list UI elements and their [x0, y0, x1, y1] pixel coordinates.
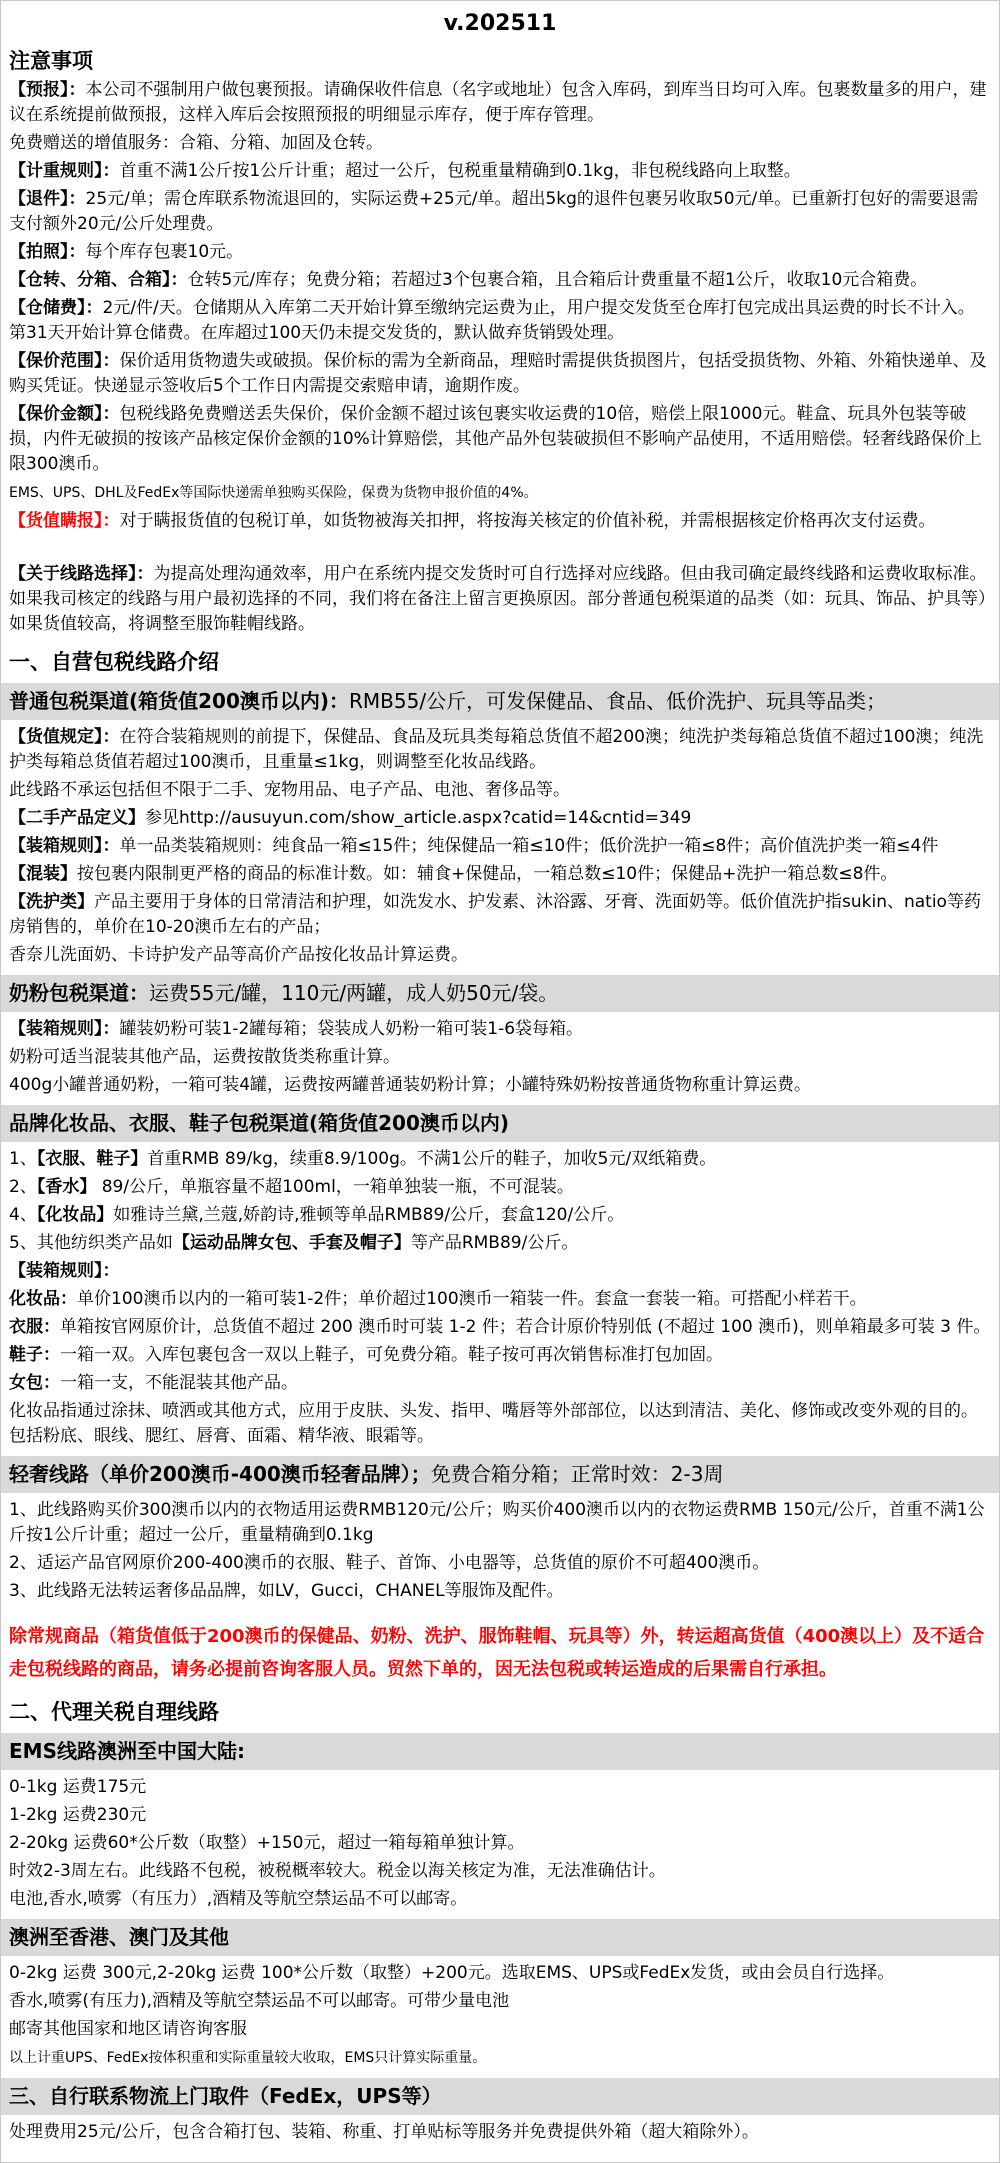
para-highvalue-care: 香奈儿洗面奶、卡诗护发产品等高价产品按化妆品计算运费。	[9, 943, 991, 968]
para-cosmetics: 4、【化妆品】如雅诗兰黛,兰蔻,娇韵诗,雅顿等单品RMB89/公斤，套盒120/…	[9, 1203, 991, 1228]
highlight-ems-china: EMS线路澳洲至中国大陆:	[1, 1733, 999, 1770]
text-segment: 【香水】	[37, 1177, 97, 1197]
text-segment: 【运动品牌女包、手套及帽子】	[173, 1233, 411, 1253]
text-segment: 【货值规定】：	[9, 727, 120, 747]
para-clothes-shoes: 1、【衣服、鞋子】首重RMB 89/kg，续重8.9/100g。不满1公斤的鞋子…	[9, 1147, 991, 1172]
para-return: 【退件】：25元/单；需仓库联系物流退回的，实际运费+25元/单。超出5kg的退…	[9, 187, 991, 237]
text-segment: 每个库存包裹10元。	[86, 242, 244, 262]
para-rule-shoes: 鞋子：一箱一双。入库包裹包含一双以上鞋子，可免费分箱。鞋子按可再次销售标准打包加…	[9, 1343, 991, 1368]
text-segment: 【装箱规则】：	[9, 1261, 120, 1281]
highlight-milkpowder-channel: 奶粉包税渠道：运费55元/罐，110元/两罐，成人奶50元/袋。	[1, 975, 999, 1012]
para-textile-other: 5、其他纺织类产品如【运动品牌女包、手套及帽子】等产品RMB89/公斤。	[9, 1231, 991, 1256]
para-mixed-packing: 【混装】按包裹内限制更严格的商品的标准计数。如：辅食+保健品，一箱总数≤10件；…	[9, 862, 991, 887]
text-segment: 女包：	[9, 1373, 60, 1393]
text-segment: 二、代理关税自理线路	[9, 1700, 219, 1724]
text-segment: 单一品类装箱规则：纯食品一箱≤15件；纯保健品一箱≤10件；低价洗护一箱≤8件；…	[120, 836, 939, 856]
para-transfer-split-merge: 【仓转、分箱、合箱】：仓转5元/库存；免费分箱；若超过3个包裹合箱，且合箱后计费…	[9, 268, 991, 293]
para-other-countries: 邮寄其他国家和地区请咨询客服	[9, 2017, 991, 2042]
text-segment: 免费合箱分箱；正常时效：2-3周	[431, 1462, 724, 1486]
text-segment: 【关于线路选择】：	[9, 564, 154, 584]
text-segment: 【预报】：	[9, 80, 86, 100]
para-milk-400g: 400g小罐普通奶粉，一箱可装4罐，运费按两罐普通装奶粉计算；小罐特殊奶粉按普通…	[9, 1073, 991, 1098]
highlight-self-pickup: 三、自行联系物流上门取件（FedEx，UPS等）	[1, 2078, 999, 2115]
para-handling-fee: 处理费用25元/公斤，包含合箱打包、装箱、称重、打单贴标等服务并免费提供外箱（超…	[9, 2120, 991, 2145]
text-segment: 【洗护类】	[9, 892, 94, 912]
para-free-services: 免费赠送的增值服务：合箱、分箱、加固及仓转。	[9, 131, 991, 156]
document-page: v.202511 注意事项【预报】：本公司不强制用户做包裹预报。请确保收件信息（…	[0, 0, 1000, 2163]
para-ems-forbidden: 电池,香水,喷雾（有压力）,酒精及等航空禁运品不可以邮寄。	[9, 1887, 991, 1912]
text-segment: 奶粉包税渠道：	[9, 981, 149, 1005]
para-storage-fee: 【仓储费】：2元/件/天。仓储期从入库第二天开始计算至缴纳完运费为止，用户提交发…	[9, 296, 991, 346]
text-segment: 单箱按官网原价计，总货值不超过 200 澳币时可装 1-2 件；若合计原价特别低…	[60, 1317, 990, 1337]
highlight-hk-macau: 澳洲至香港、澳门及其他	[1, 1919, 999, 1956]
text-segment: 2、	[9, 1177, 37, 1197]
text-segment: 【仓转、分箱、合箱】：	[9, 270, 188, 290]
text-segment: 【退件】：	[9, 189, 86, 209]
warning-high-value: 除常规商品（箱货值低于200澳币的保健品、奶粉、洗护、服饰鞋帽、玩具等）外，转运…	[9, 1620, 991, 1686]
text-segment: 仓转5元/库存；免费分箱；若超过3个包裹合箱，且合箱后计费重量不超1公斤，收取1…	[188, 270, 928, 290]
text-segment: 化妆品：	[9, 1289, 77, 1309]
text-segment: 单价100澳币以内的一箱可装1-2件；单价超过100澳币一箱装一件。套盒一套装一…	[77, 1289, 867, 1309]
text-segment: 衣服：	[9, 1317, 60, 1337]
text-segment: 89/公斤，单瓶容量不超100ml，一箱单独装一瓶，不可混装。	[96, 1177, 574, 1197]
para-milk-mix: 奶粉可适当混装其他产品，运费按散货类称重计算。	[9, 1045, 991, 1070]
text-segment: 品牌化妆品、衣服、鞋子包税渠道(箱货值200澳币以内)	[9, 1111, 509, 1135]
para-luxury-3: 3、此线路无法转运奢侈品品牌，如LV，Gucci，CHANEL等服饰及配件。	[9, 1579, 991, 1604]
text-segment: 运费55元/罐，110元/两罐，成人奶50元/袋。	[149, 981, 558, 1005]
text-segment: 首重不满1公斤按1公斤计重；超过一公斤，包税重量精确到0.1kg，非包税线路向上…	[120, 161, 801, 181]
text-segment: 香水,喷雾(有压力),酒精及等航空禁运品不可以邮寄。可带少量电池	[9, 1991, 509, 2011]
text-segment: 【化妆品】	[37, 1205, 114, 1225]
section-heading-2: 二、代理关税自理线路	[9, 1698, 991, 1726]
para-value-misreport: 【货值瞒报】：对于瞒报货值的包税订单，如货物被海关扣押，将按海关核定的价值补税，…	[9, 509, 991, 534]
para-packing-rule-normal: 【装箱规则】：单一品类装箱规则：纯食品一箱≤15件；纯保健品一箱≤10件；低价洗…	[9, 834, 991, 859]
para-hk-forbidden: 香水,喷雾(有压力),酒精及等航空禁运品不可以邮寄。可带少量电池	[9, 1989, 991, 2014]
text-segment: 保价适用货物遗失或破损。保价标的需为全新商品，理赔时需提供货损图片，包括受损货物…	[9, 351, 987, 396]
para-ems-time: 时效2-3周左右。此线路不包税，被税概率较大。税金以海关核定为准，无法准确估计。	[9, 1859, 991, 1884]
para-rule-cosmetics: 化妆品：单价100澳币以内的一箱可装1-2件；单价超过100澳币一箱装一件。套盒…	[9, 1287, 991, 1312]
para-insurance-scope: 【保价范围】：保价适用货物遗失或破损。保价标的需为全新商品，理赔时需提供货损图片…	[9, 349, 991, 399]
text-segment: 2、适运产品官网原价200-400澳币的衣服、鞋子、首饰、小电器等，总货值的原价…	[9, 1553, 769, 1573]
text-segment: 【装箱规则】：	[9, 1019, 120, 1039]
para-photo: 【拍照】：每个库存包裹10元。	[9, 240, 991, 265]
text-segment: 奶粉可适当混装其他产品，运费按散货类称重计算。	[9, 1047, 400, 1067]
text-segment: 此线路不承运包括但不限于二手、宠物用品、电子产品、电池、奢侈品等。	[9, 780, 570, 800]
spacer	[9, 537, 991, 559]
text-segment: 2-20kg 运费60*公斤数（取整）+150元，超过一箱每箱单独计算。	[9, 1833, 524, 1853]
text-segment: 在符合装箱规则的前提下，保健品、食品及玩具类每箱总货值不超200澳；纯洗护类每箱…	[9, 727, 983, 772]
text-segment: 如雅诗兰黛,兰蔻,娇韵诗,雅顿等单品RMB89/公斤，套盒120/公斤。	[113, 1205, 624, 1225]
para-value-rule: 【货值规定】：在符合装箱规则的前提下，保健品、食品及玩具类每箱总货值不超200澳…	[9, 725, 991, 775]
text-segment: 对于瞒报货值的包税订单，如货物被海关扣押，将按海关核定的价值补税，并需根据核定价…	[120, 511, 936, 531]
text-segment: 1、	[9, 1149, 37, 1169]
text-segment: 400g小罐普通奶粉，一箱可装4罐，运费按两罐普通装奶粉计算；小罐特殊奶粉按普通…	[9, 1075, 811, 1095]
para-luxury-2: 2、适运产品官网原价200-400澳币的衣服、鞋子、首饰、小电器等，总货值的原价…	[9, 1551, 991, 1576]
section-heading-1: 一、自营包税线路介绍	[9, 648, 991, 676]
para-forecast: 【预报】：本公司不强制用户做包裹预报。请确保收件信息（名字或地址）包含入库码，到…	[9, 78, 991, 128]
para-secondhand-definition: 【二手产品定义】参见http://ausuyun.com/show_articl…	[9, 806, 991, 831]
text-segment: 澳洲至香港、澳门及其他	[9, 1925, 229, 1949]
text-segment: 为提高处理沟通效率，用户在系统内提交发货时可自行选择对应线路。但由我司确定最终线…	[9, 564, 987, 634]
text-segment: 【二手产品定义】	[9, 808, 145, 828]
text-segment: 一箱一双。入库包裹包含一双以上鞋子，可免费分箱。鞋子按可再次销售标准打包加固。	[60, 1345, 723, 1365]
text-segment: 以上计重UPS、FedEx按体积重和实际重量较大收取，EMS只计算实际重量。	[9, 2050, 486, 2066]
text-segment: 免费赠送的增值服务：合箱、分箱、加固及仓转。	[9, 133, 383, 153]
text-segment: 【保价范围】：	[9, 351, 120, 371]
text-segment: 2元/件/天。仓储期从入库第二天开始计算至缴纳完运费为止，用户提交发货至仓库打包…	[9, 298, 975, 343]
text-segment: 一、自营包税线路介绍	[9, 650, 219, 674]
highlight-light-luxury: 轻奢线路（单价200澳币-400澳币轻奢品牌）；免费合箱分箱；正常时效：2-3周	[1, 1456, 999, 1493]
para-weighing-rule: 【计重规则】：首重不满1公斤按1公斤计重；超过一公斤，包税重量精确到0.1kg，…	[9, 159, 991, 184]
para-perfume: 2、【香水】 89/公斤，单瓶容量不超100ml，一箱单独装一瓶，不可混装。	[9, 1175, 991, 1200]
para-rule-bag: 女包：一箱一支，不能混装其他产品。	[9, 1371, 991, 1396]
text-segment: 轻奢线路（单价200澳币-400澳币轻奢品牌）；	[9, 1462, 431, 1486]
text-segment: 【保价金额】：	[9, 404, 120, 424]
text-segment: 5、其他纺织类产品如	[9, 1233, 173, 1253]
text-segment: 时效2-3周左右。此线路不包税，被税概率较大。税金以海关核定为准，无法准确估计。	[9, 1861, 666, 1881]
text-segment: 等产品RMB89/公斤。	[411, 1233, 579, 1253]
text-segment: 一箱一支，不能混装其他产品。	[60, 1373, 298, 1393]
text-segment: 产品主要用于身体的日常清洁和护理，如洗发水、护发素、沐浴露、牙膏、洗面奶等。低价…	[9, 892, 981, 937]
text-segment: 首重RMB 89/kg，续重8.9/100g。不满1公斤的鞋子，加收5元/双纸箱…	[147, 1149, 716, 1169]
text-segment: 1、此线路购买价300澳币以内的衣物适用运费RMB120元/公斤；购买价400澳…	[9, 1500, 985, 1545]
para-route-selection: 【关于线路选择】：为提高处理沟通效率，用户在系统内提交发货时可自行选择对应线路。…	[9, 562, 991, 637]
text-segment: 4、	[9, 1205, 37, 1225]
document-body: 注意事项【预报】：本公司不强制用户做包裹预报。请确保收件信息（名字或地址）包含入…	[9, 47, 991, 2145]
text-segment: 参见http://ausuyun.com/show_article.aspx?c…	[145, 808, 691, 828]
para-weight-note: 以上计重UPS、FedEx按体积重和实际重量较大收取，EMS只计算实际重量。	[9, 2045, 991, 2071]
para-luxury-1: 1、此线路购买价300澳币以内的衣物适用运费RMB120元/公斤；购买价400澳…	[9, 1498, 991, 1548]
section-heading-notes: 注意事项	[9, 47, 991, 75]
text-segment: 邮寄其他国家和地区请咨询客服	[9, 2019, 247, 2039]
text-segment: 0-1kg 运费175元	[9, 1777, 146, 1797]
text-segment: 普通包税渠道(箱货值200澳币以内)：	[9, 689, 349, 713]
text-segment: 【货值瞒报】：	[9, 511, 120, 531]
text-segment: 【混装】	[9, 864, 77, 884]
text-segment: 电池,香水,喷雾（有压力）,酒精及等航空禁运品不可以邮寄。	[9, 1889, 467, 1909]
para-intl-express-insurance: EMS、UPS、DHL及FedEx等国际快递需单独购买保险，保费为货物申报价值的…	[9, 480, 991, 506]
para-ems-2-20kg: 2-20kg 运费60*公斤数（取整）+150元，超过一箱每箱单独计算。	[9, 1831, 991, 1856]
text-segment: 【衣服、鞋子】	[37, 1149, 148, 1169]
para-hk-price: 0-2kg 运费 300元,2-20kg 运费 100*公斤数（取整）+200元…	[9, 1961, 991, 1986]
para-insurance-amount: 【保价金额】：包税线路免费赠送丢失保价，保价金额不超过该包裹实收运费的10倍，赔…	[9, 402, 991, 477]
para-ems-1-2kg: 1-2kg 运费230元	[9, 1803, 991, 1828]
text-segment: EMS线路澳洲至中国大陆:	[9, 1739, 245, 1763]
para-rule-clothes: 衣服：单箱按官网原价计，总货值不超过 200 澳币时可装 1-2 件；若合计原价…	[9, 1315, 991, 1340]
text-segment: 化妆品指通过涂抹、喷洒或其他方式，应用于皮肤、头发、指甲、嘴唇等外部部位，以达到…	[9, 1401, 978, 1446]
text-segment: EMS、UPS、DHL及FedEx等国际快递需单独购买保险，保费为货物申报价值的…	[9, 485, 538, 501]
para-cosmetics-definition: 化妆品指通过涂抹、喷洒或其他方式，应用于皮肤、头发、指甲、嘴唇等外部部位，以达到…	[9, 1399, 991, 1449]
text-segment: 注意事项	[9, 49, 93, 73]
text-segment: 【装箱规则】：	[9, 836, 120, 856]
text-segment: 除常规商品（箱货值低于200澳币的保健品、奶粉、洗护、服饰鞋帽、玩具等）外，转运…	[9, 1626, 984, 1680]
text-segment: 1-2kg 运费230元	[9, 1805, 146, 1825]
text-segment: 25元/单；需仓库联系物流退回的，实际运费+25元/单。超出5kg的退件包裹另收…	[9, 189, 978, 234]
text-segment: 3、此线路无法转运奢侈品品牌，如LV，Gucci，CHANEL等服饰及配件。	[9, 1581, 564, 1601]
text-segment: 罐装奶粉可装1-2罐每箱；袋装成人奶粉一箱可装1-6袋每箱。	[120, 1019, 584, 1039]
text-segment: 处理费用25元/公斤，包含合箱打包、装箱、称重、打单贴标等服务并免费提供外箱（超…	[9, 2122, 759, 2142]
para-personal-care: 【洗护类】产品主要用于身体的日常清洁和护理，如洗发水、护发素、沐浴露、牙膏、洗面…	[9, 890, 991, 940]
text-segment: 香奈儿洗面奶、卡诗护发产品等高价产品按化妆品计算运费。	[9, 945, 468, 965]
text-segment: 三、自行联系物流上门取件（FedEx，UPS等）	[9, 2084, 442, 2108]
para-packing-rule-brand: 【装箱规则】：	[9, 1259, 991, 1284]
para-packing-rule-milk: 【装箱规则】：罐装奶粉可装1-2罐每箱；袋装成人奶粉一箱可装1-6袋每箱。	[9, 1017, 991, 1042]
text-segment: 【仓储费】：	[9, 298, 103, 318]
highlight-normal-channel: 普通包税渠道(箱货值200澳币以内)：RMB55/公斤，可发保健品、食品、低价洗…	[1, 683, 999, 720]
text-segment: 【拍照】：	[9, 242, 86, 262]
para-ems-0-1kg: 0-1kg 运费175元	[9, 1775, 991, 1800]
text-segment: 按包裹内限制更严格的商品的标准计数。如：辅食+保健品，一箱总数≤10件；保健品+…	[77, 864, 897, 884]
text-segment: 【计重规则】：	[9, 161, 120, 181]
version-title: v.202511	[9, 11, 991, 36]
highlight-brand-channel: 品牌化妆品、衣服、鞋子包税渠道(箱货值200澳币以内)	[1, 1105, 999, 1142]
text-segment: 包税线路免费赠送丢失保价，保价金额不超过该包裹实收运费的10倍，赔偿上限1000…	[9, 404, 982, 474]
text-segment: 0-2kg 运费 300元,2-20kg 运费 100*公斤数（取整）+200元…	[9, 1963, 894, 1983]
text-segment: 本公司不强制用户做包裹预报。请确保收件信息（名字或地址）包含入库码，到库当日均可…	[9, 80, 987, 125]
text-segment: RMB55/公斤，可发保健品、食品、低价洗护、玩具等品类；	[349, 689, 886, 713]
text-segment: 鞋子：	[9, 1345, 60, 1365]
para-not-carried: 此线路不承运包括但不限于二手、宠物用品、电子产品、电池、奢侈品等。	[9, 778, 991, 803]
